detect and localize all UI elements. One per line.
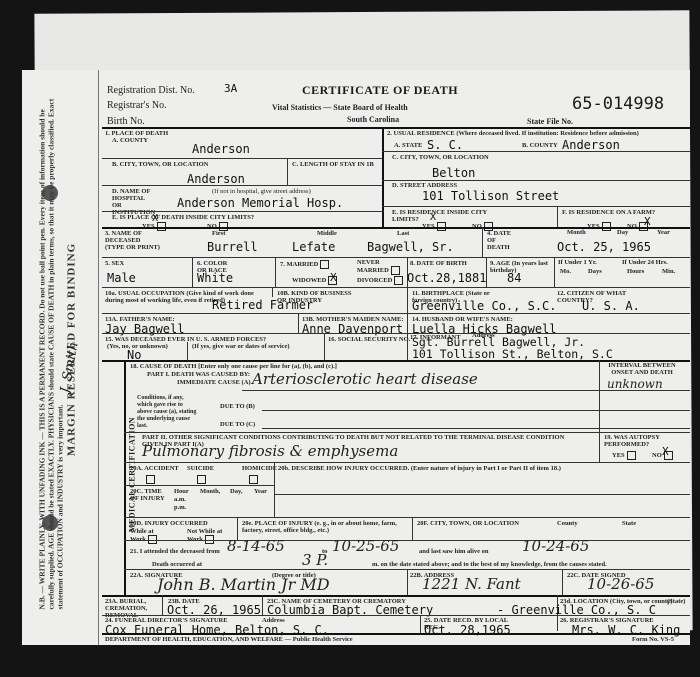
- days-label: Days: [588, 268, 602, 275]
- t-month-label: Month,: [200, 488, 220, 495]
- check-mark-icon: X: [330, 271, 337, 284]
- suicide-label: SUICIDE: [187, 465, 214, 472]
- check-mark-icon: X: [662, 445, 669, 458]
- homicide-checkbox: [249, 475, 258, 484]
- mo-label: Mo.: [560, 268, 571, 275]
- first-label: First: [212, 230, 225, 237]
- death-time-suffix: m. on the date stated above; and to the …: [372, 561, 607, 568]
- deceased-middle-name: Lefate: [292, 240, 335, 254]
- death-occurred-label: Death occurred at: [152, 561, 202, 568]
- due-to-b-label: DUE TO (b): [220, 403, 255, 410]
- check-mark-icon: X: [152, 213, 158, 224]
- day-label: Day: [617, 229, 628, 236]
- death-time: 3 P.: [302, 551, 328, 569]
- certificate-title: CERTIFICATE OF DEATH: [302, 83, 458, 98]
- age-value: 84: [507, 271, 521, 285]
- res-street-label: d. STREET ADDRESS: [392, 182, 457, 189]
- physician-address: 1221 N. Fant: [422, 575, 521, 593]
- on-farm-label: f. IS RESIDENCE ON A FARM?: [562, 209, 682, 216]
- inside-city-label: e. IS PLACE OF DEATH INSIDE CITY LIMITS?: [112, 214, 254, 221]
- conditions-note: Conditions, if any, which gave rise to a…: [137, 395, 197, 430]
- death-certificate: N.B. — WRITE PLAINLY, WITH UNFADING INK …: [22, 70, 690, 645]
- res-city-label: c. CITY, TOWN, OR LOCATION: [392, 154, 489, 161]
- res-state: S. C.: [427, 138, 463, 152]
- business-label: 10b. KIND OF BUSINESS OR INDUSTRY: [277, 290, 357, 304]
- date-of-death: Oct. 25, 1965: [557, 240, 651, 254]
- hospital-note: (If not in hospital, give street address…: [212, 188, 311, 195]
- last-saw-date: 10-24-65: [522, 537, 589, 555]
- res-county-label: b. COUNTY: [522, 142, 558, 149]
- hospital-name: Anderson Memorial Hosp.: [177, 196, 343, 210]
- part1-label: PART I. DEATH WAS CAUSED BY:: [147, 371, 250, 378]
- under-1yr-label: If Under 1 Yr.: [558, 259, 597, 266]
- last-label: Last: [397, 230, 409, 237]
- res-county: Anderson: [562, 138, 620, 152]
- t-year-label: Year: [254, 488, 267, 495]
- registration-dist-value: 3A: [224, 82, 237, 95]
- dob-label: 8. DATE OF BIRTH: [410, 260, 467, 267]
- informant-address: 101 Tollison St., Belton, S.C: [412, 347, 613, 361]
- autopsy-label: 19. WAS AUTOPSY PERFORMED?: [604, 434, 684, 448]
- interval-value: unknown: [607, 377, 663, 391]
- length-of-stay-label: c. LENGTH OF STAY IN 1b: [292, 161, 377, 168]
- date-of-death-label: 4. DATE OF DEATH: [487, 230, 517, 251]
- attended-label: 21. I attended the deceased from: [130, 548, 220, 555]
- never-married-option: NEVER MARRIED: [357, 259, 407, 275]
- birthplace-value: Greenville Co., S.C.: [412, 299, 557, 313]
- res-state-label: a. STATE: [394, 142, 422, 149]
- place-of-death-label: 1. PLACE OF DEATH: [105, 130, 168, 137]
- res-inside-city-label: e. IS RESIDENCE INSIDE CITY LIMITS?: [392, 209, 502, 223]
- year-label: Year: [657, 229, 670, 236]
- death-county: Anderson: [192, 142, 250, 156]
- due-to-c-label: DUE TO (c): [220, 421, 255, 428]
- describe-injury-label: 20b. DESCRIBE HOW INJURY OCCURRED. (Ente…: [278, 465, 678, 472]
- res-street: 101 Tollison Street: [422, 189, 559, 203]
- usual-residence-label: 2. USUAL RESIDENCE (Where deceased lived…: [387, 130, 687, 137]
- physician-signature: John B. Martin Jr MD: [157, 575, 330, 594]
- form-number: Form No. VS-5: [632, 636, 674, 643]
- accident-checkbox: [146, 475, 155, 484]
- name-label: 3. NAME OF DECEASED (Type or print): [105, 230, 160, 251]
- pm-label: p.m.: [174, 504, 186, 511]
- while-at-work: While at Work: [130, 528, 165, 544]
- time-of-injury-label: 20c. TIME OF INJURY: [130, 488, 170, 502]
- accident-label: 20a. ACCIDENT: [130, 465, 179, 472]
- binding-margin: N.B. — WRITE PLAINLY, WITH UNFADING INK …: [22, 70, 99, 645]
- attended-to: 10-25-65: [332, 537, 399, 555]
- last-saw-label: and last saw him alive on: [419, 548, 489, 555]
- state-file-no-label: State File No.: [527, 118, 573, 125]
- state-file-number: 65-014998: [572, 94, 664, 114]
- armed-forces-service-sub: (If yes, give war or dates of service): [192, 343, 290, 350]
- attended-from: 8-14-65: [227, 537, 285, 555]
- month-label: Month: [567, 229, 586, 236]
- t-day-label: Day,: [230, 488, 242, 495]
- registration-dist-label: Registration Dist. No.: [107, 85, 195, 96]
- homicide-label: HOMICIDE: [242, 465, 277, 472]
- autopsy-yes: YES: [612, 451, 636, 460]
- immediate-cause-value: Arteriosclerotic heart disease: [252, 370, 478, 388]
- deceased-first-name: Burrell: [207, 240, 258, 254]
- city-label: b. CITY, TOWN, OR LOCATION: [112, 161, 208, 168]
- death-city: Anderson: [187, 172, 245, 186]
- armed-forces-label: 15. WAS DECEASED EVER IN U. S. ARMED FOR…: [105, 336, 295, 343]
- race-value: White: [197, 271, 233, 285]
- am-label: a.m.: [174, 496, 186, 503]
- suicide-checkbox: [197, 475, 206, 484]
- margin-instructions-text: N.B. — WRITE PLAINLY, WITH UNFADING INK …: [38, 90, 65, 610]
- date-signed: 10-26-65: [587, 575, 654, 593]
- date-of-birth: Oct.28,1881: [407, 271, 486, 285]
- injury-city-label: 20f. CITY, TOWN, OR LOCATION: [417, 520, 519, 527]
- married-option: 7. MARRIED: [280, 260, 329, 269]
- birth-no-label: Birth No.: [107, 116, 145, 127]
- place-of-injury-label: 20e. PLACE OF INJURY (e. g., in or about…: [242, 520, 412, 534]
- check-mark-icon: X: [430, 212, 436, 223]
- injury-state-label: State: [622, 520, 636, 527]
- immediate-cause-label: IMMEDIATE CAUSE (a): [177, 379, 251, 386]
- burial-state-label: (State): [667, 598, 685, 605]
- interval-label: INTERVAL BETWEEN ONSET AND DEATH: [607, 362, 677, 376]
- injury-county-label: County: [557, 520, 578, 527]
- middle-label: Middle: [317, 230, 337, 237]
- citizen-value: U. S. A.: [582, 299, 640, 313]
- part2-value: Pulmonary fibrosis & emphysema: [142, 442, 398, 460]
- sex-value: Male: [107, 271, 136, 285]
- hours-label: Hours: [627, 268, 644, 275]
- medical-certification-label: MEDICAL CERTIFICATION: [128, 345, 137, 605]
- form-body: Registration Dist. No. 3A Registrar's No…: [102, 70, 690, 645]
- registrars-no-label: Registrar's No.: [107, 100, 167, 111]
- injury-occurred-label: 20d. INJURY OCCURRED: [130, 520, 208, 527]
- min-label: Min.: [662, 268, 675, 275]
- hour-label: Hour: [174, 488, 189, 495]
- cause-of-death-label: 18. CAUSE OF DEATH [Enter only one cause…: [130, 363, 337, 370]
- not-while-at-work: Not While at Work: [187, 528, 232, 544]
- subtitle: Vital Statistics — State Board of Health: [272, 104, 408, 111]
- divorced-option: DIVORCED: [357, 276, 403, 285]
- state-name: South Carolina: [347, 116, 399, 123]
- county-label: a. COUNTY: [112, 137, 148, 144]
- under-24hr-label: If Under 24 Hrs.: [622, 259, 668, 266]
- res-city: Belton: [432, 166, 475, 180]
- department-footer: DEPARTMENT OF HEALTH, EDUCATION, AND WEL…: [105, 636, 353, 643]
- ssn-label: 16. SOCIAL SECURITY NO.: [328, 336, 410, 343]
- sex-label: 5. SEX: [105, 260, 124, 267]
- deceased-last-name: Bagwell, Sr.: [367, 240, 454, 254]
